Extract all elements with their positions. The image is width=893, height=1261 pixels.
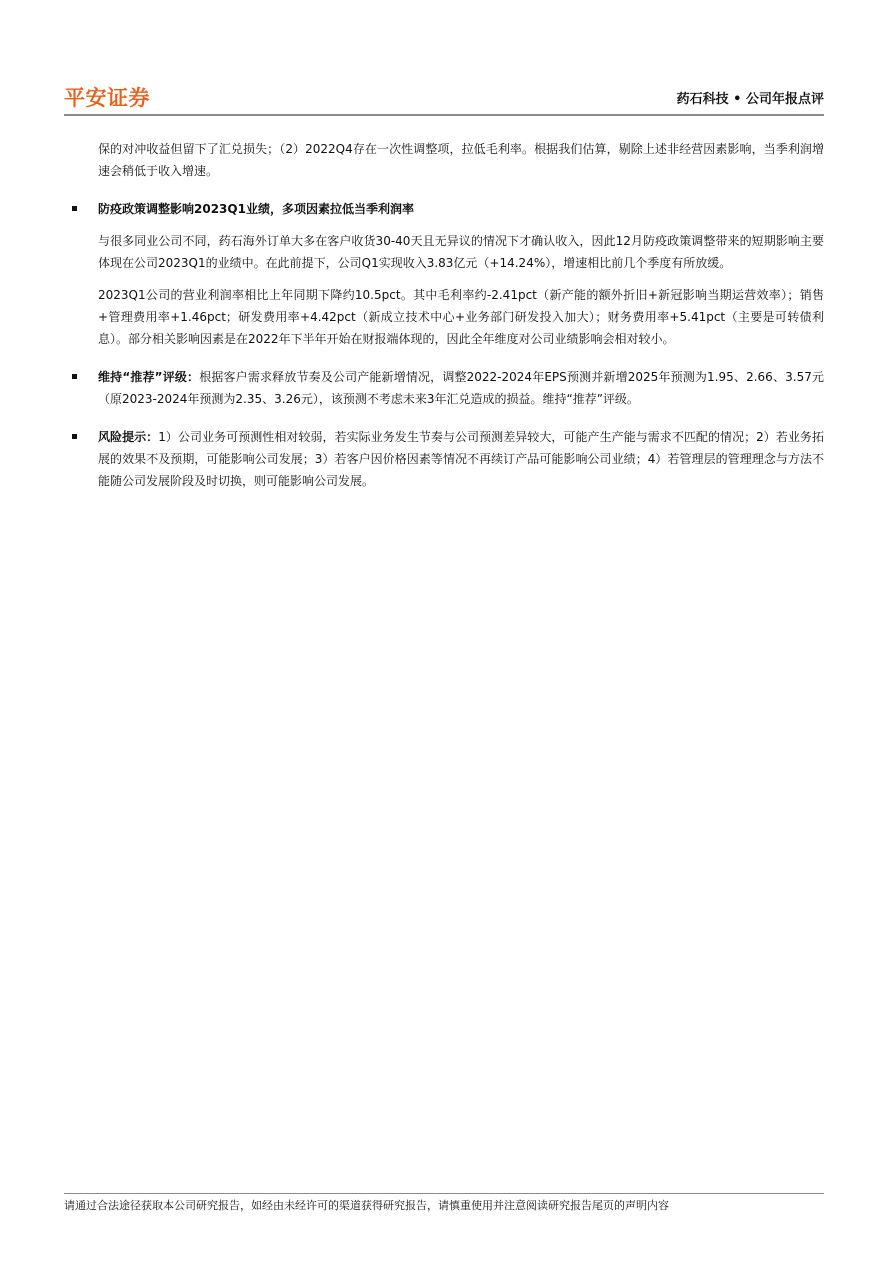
bullet-square-icon xyxy=(72,374,77,379)
rating-lead: 维持“推荐”评级： xyxy=(98,370,199,384)
footer-divider xyxy=(64,1193,824,1194)
risk-paragraph: 风险提示：1）公司业务可预测性相对较弱，若实际业务发生节奏与公司预测差异较大，可… xyxy=(98,426,824,492)
section-risk: 风险提示：1）公司业务可预测性相对较弱，若实际业务发生节奏与公司预测差异较大，可… xyxy=(64,426,824,492)
bullet-square-icon xyxy=(72,434,77,439)
footer-disclaimer: 请通过合法途径获取本公司研究报告，如经由未经许可的渠道获得研究报告，请慎重使用并… xyxy=(64,1197,669,1213)
report-title: 药石科技 • 公司年报点评 xyxy=(677,88,824,107)
rating-paragraph: 维持“推荐”评级：根据客户需求释放节奏及公司产能新增情况，调整2022-2024… xyxy=(98,366,824,410)
section-rating: 维持“推荐”评级：根据客户需求释放节奏及公司产能新增情况，调整2022-2024… xyxy=(64,366,824,410)
intro-paragraph: 保的对冲收益但留下了汇兑损失；（2）2022Q4存在一次性调整项，拉低毛利率。根… xyxy=(98,138,824,182)
section-paragraph: 与很多同业公司不同，药石海外订单大多在客户收货30-40天且无异议的情况下才确认… xyxy=(98,230,824,274)
header-divider xyxy=(64,114,824,116)
section-heading: 防疫政策调整影响2023Q1业绩，多项因素拉低当季利润率 xyxy=(98,198,824,220)
brand-logo: 平安证券 xyxy=(64,82,150,112)
risk-text: 1）公司业务可预测性相对较弱，若实际业务发生节奏与公司预测差异较大，可能产生产能… xyxy=(98,430,824,488)
section-epidemic-impact: 防疫政策调整影响2023Q1业绩，多项因素拉低当季利润率 与很多同业公司不同，药… xyxy=(64,198,824,350)
section-paragraph: 2023Q1公司的营业利润率相比上年同期下降约10.5pct。其中毛利率约-2.… xyxy=(98,284,824,350)
rating-text: 根据客户需求释放节奏及公司产能新增情况，调整2022-2024年EPS预测并新增… xyxy=(98,370,824,406)
risk-lead: 风险提示： xyxy=(98,430,158,444)
bullet-square-icon xyxy=(72,206,77,211)
report-body: 保的对冲收益但留下了汇兑损失；（2）2022Q4存在一次性调整项，拉低毛利率。根… xyxy=(64,138,824,492)
